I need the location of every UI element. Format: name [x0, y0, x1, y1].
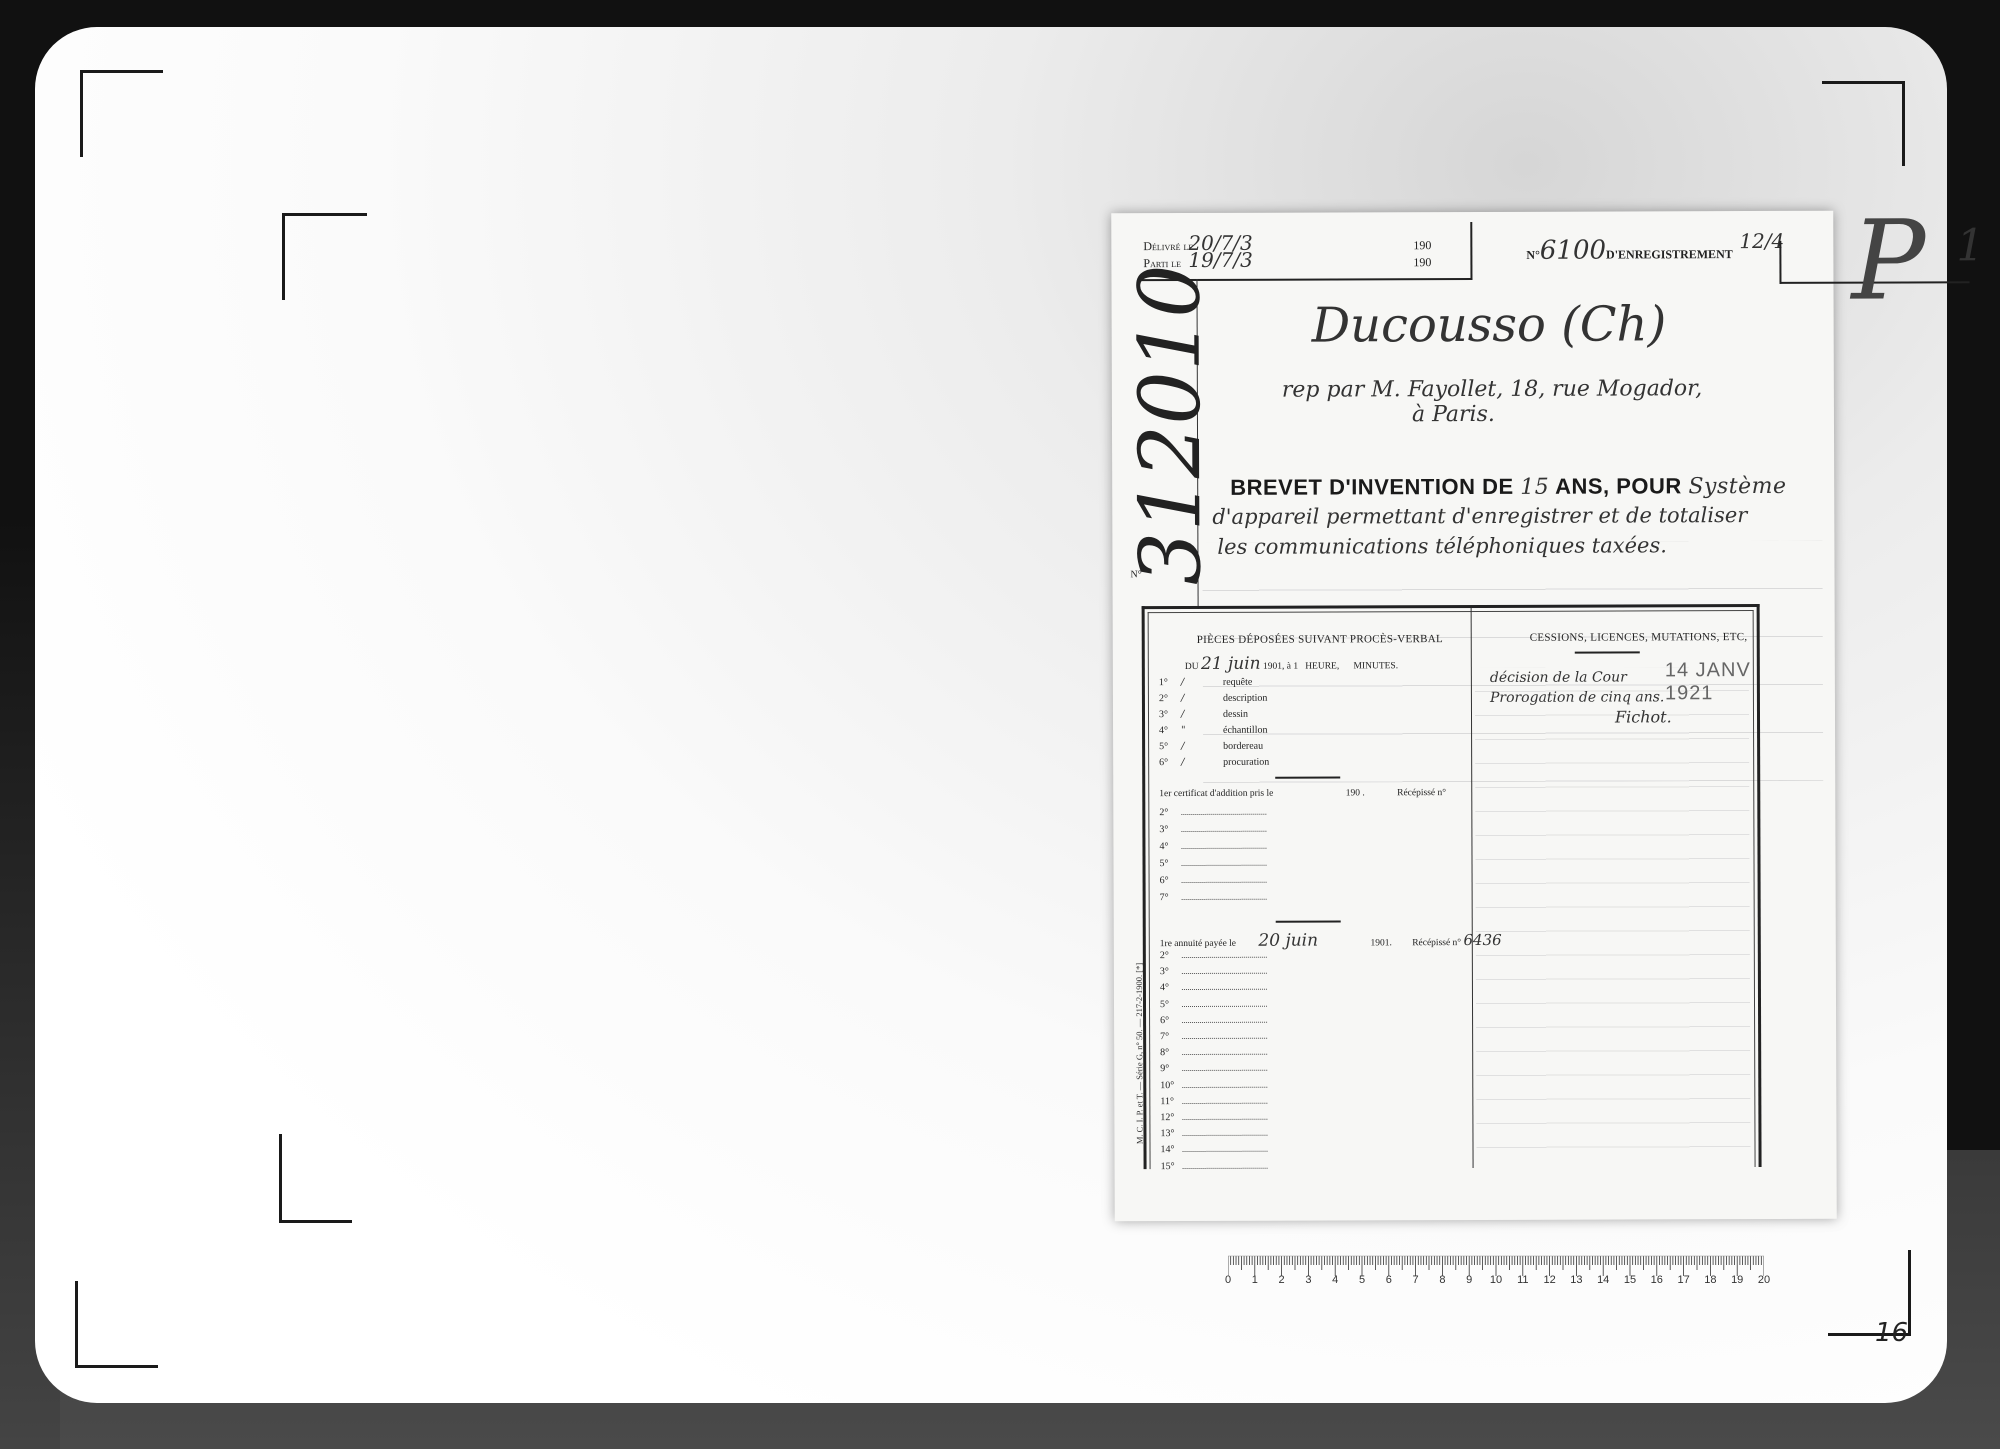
dotted-row: 11° — [1160, 1095, 1267, 1110]
dotted-row: 10° — [1160, 1078, 1267, 1093]
title-line-2: d'appareil permettant d'enregistrer et d… — [1212, 503, 1747, 529]
ruler-label: 17 — [1677, 1274, 1689, 1286]
holder-name: Ducousso (Ch) — [1312, 296, 1667, 353]
ruler-label: 6 — [1386, 1274, 1392, 1286]
date-stamp: 14 JANV 1921 — [1665, 659, 1757, 705]
note-line-2: Prorogation de cinq ans. — [1490, 689, 1664, 706]
pv-date-row: DU 21 juin 1901, à 1 HEURE, MINUTES. — [1185, 653, 1398, 674]
ruler-label: 15 — [1624, 1274, 1636, 1286]
dotted-row: 5° — [1160, 997, 1267, 1012]
ruler-label: 9 — [1466, 1274, 1472, 1286]
dotted-row: 13° — [1160, 1127, 1267, 1142]
handwritten-one: 1 — [1956, 220, 1984, 271]
pieces-heading: PIÈCES DÉPOSÉES SUIVANT PROCÈS-VERBAL — [1197, 633, 1443, 646]
ruler-label: 3 — [1305, 1274, 1311, 1286]
signature: Fichot. — [1615, 707, 1672, 726]
ruler-label: 5 — [1359, 1274, 1365, 1286]
dotted-row: 6° — [1160, 874, 1267, 889]
dotted-row: 15° — [1161, 1159, 1268, 1174]
ruler-label: 11 — [1517, 1274, 1528, 1286]
title-line-3: les communications téléphoniques taxées. — [1217, 533, 1667, 559]
ruler-label: 2 — [1279, 1274, 1285, 1286]
ruler-label: 12 — [1543, 1274, 1555, 1286]
piece-row: 4°"échantillon — [1159, 725, 1267, 740]
ruler-label: 1 — [1252, 1274, 1258, 1286]
ruler-label: 10 — [1490, 1274, 1502, 1286]
piece-row: 2°/description — [1159, 693, 1267, 708]
patent-document: Délivré le 20/7/3 190 Parti le 19/7/3 19… — [1111, 211, 1837, 1222]
dotted-row: 7° — [1160, 1030, 1267, 1045]
note-line-1: décision de la Cour — [1490, 669, 1627, 685]
dotted-row: 2° — [1159, 806, 1266, 821]
dotted-row: 3° — [1160, 965, 1267, 980]
annuite-row: 1re annuité payée le 20 juin 1901. Récép… — [1160, 930, 1502, 951]
annuite-list: 2°3°4°5°6°7°8°9°10°11°12°13°14°15° — [1145, 607, 1757, 609]
dotted-row: 7° — [1160, 891, 1267, 906]
registration-number: N°6100D'ENREGISTREMENT — [1526, 235, 1732, 266]
ruler-label: 16 — [1651, 1274, 1663, 1286]
dotted-row: 2° — [1160, 949, 1267, 964]
dotted-row: 9° — [1160, 1062, 1267, 1077]
crop-marker-top-left-outer — [80, 70, 163, 157]
records-table: PIÈCES DÉPOSÉES SUIVANT PROCÈS-VERBAL DU… — [1142, 604, 1762, 1169]
dotted-row: 14° — [1160, 1143, 1267, 1158]
registration-fraction: 12/4 — [1739, 229, 1784, 253]
ruler-label: 7 — [1413, 1274, 1419, 1286]
dotted-row: 8° — [1160, 1046, 1267, 1061]
crop-marker-top-right — [1822, 81, 1905, 166]
dotted-row: 3° — [1159, 823, 1266, 838]
certificat-list: 2°3°4°5°6°7° — [1145, 607, 1757, 609]
ruler-label: 0 — [1225, 1274, 1231, 1286]
cessions-heading: CESSIONS, LICENCES, MUTATIONS, ETC, — [1530, 631, 1748, 644]
dotted-row: 6° — [1160, 1014, 1267, 1029]
ruler-label: 14 — [1597, 1274, 1609, 1286]
page-number: 16 — [1875, 1318, 1908, 1348]
ruler-label: 13 — [1570, 1274, 1582, 1286]
right-column-lines — [1475, 667, 1751, 1168]
pieces-list: 1°/requête2°/description3°/dessin4°"écha… — [1145, 607, 1757, 609]
crop-marker-bottom-left-inner — [279, 1134, 352, 1223]
ruler-label: 18 — [1704, 1274, 1716, 1286]
dotted-row: 4° — [1159, 840, 1266, 855]
registration-rule-vertical — [1779, 241, 1781, 284]
patent-number: 312010 — [1127, 264, 1212, 585]
piece-row: 6°/procuration — [1159, 757, 1269, 772]
delivre-row: Délivré le 20/7/3 190 — [1143, 239, 1193, 254]
certificat-row: 1er certificat d'addition pris le 190 . … — [1159, 788, 1446, 799]
handwritten-p: P — [1851, 205, 1925, 315]
ruler-ticks — [1228, 1252, 1764, 1276]
printer-mark: M. C. I. P. et T. — Série G, n° 50. — 21… — [1134, 963, 1145, 1144]
ruler-label: 19 — [1731, 1274, 1743, 1286]
ruler-label: 20 — [1758, 1274, 1770, 1286]
piece-row: 3°/dessin — [1159, 709, 1248, 724]
representative: rep par M. Fayollet, 18, rue Mogador, — [1282, 376, 1702, 402]
piece-row: 1°/requête — [1159, 677, 1252, 692]
ruler-label: 8 — [1439, 1274, 1445, 1286]
brevet-line: BREVET D'INVENTION DE 15 ANS, POUR Systè… — [1230, 473, 1786, 501]
measurement-ruler: 01234567891011121314151617181920 — [1228, 1252, 1764, 1280]
city: à Paris. — [1412, 402, 1495, 427]
piece-row: 5°/bordereau — [1159, 741, 1263, 756]
dotted-row: 12° — [1160, 1111, 1267, 1126]
crop-marker-top-left-inner — [282, 213, 367, 300]
ruler-label: 4 — [1332, 1274, 1338, 1286]
dotted-row: 5° — [1159, 857, 1266, 872]
dotted-row: 4° — [1160, 981, 1267, 996]
crop-marker-bottom-left-outer — [75, 1281, 158, 1368]
